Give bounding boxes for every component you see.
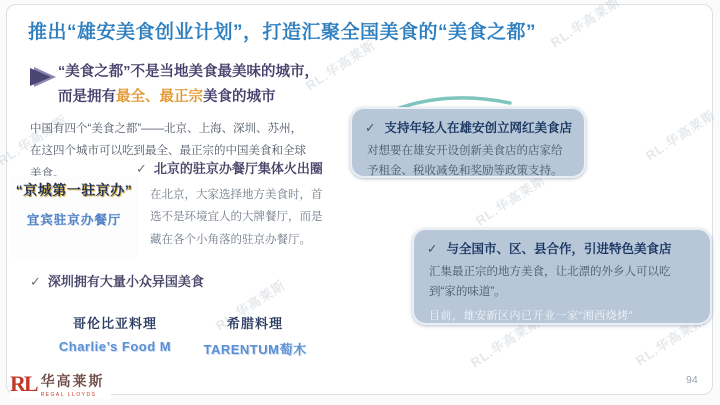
callout-heading: ✓支持年轻人在雄安创立网红美食店 <box>365 118 571 136</box>
check-icon: ✓ <box>365 121 375 135</box>
slide-title: 推出“雄安美食创业计划”，打造汇聚全国美食的“美食之都” <box>28 17 698 44</box>
restaurant-label: Charlie’s Food M <box>40 339 190 354</box>
check-icon: ✓ <box>136 161 147 176</box>
cuisine-label: 希腊料理 <box>190 313 320 332</box>
subtitle-block: “美食之都”不是当地美食最美味的城市， 而是拥有最全、最正宗美食的城市 <box>30 60 390 109</box>
beijing-restaurant-image: “京城第一驻京办” 宜宾驻京办餐厅 <box>10 176 138 258</box>
beijing-image-title: “京城第一驻京办” <box>10 176 138 200</box>
check-icon: ✓ <box>427 242 437 256</box>
cuisine-caption-colombia: 哥伦比亚料理 Charlie’s Food M <box>40 313 190 354</box>
check-icon: ✓ <box>30 274 41 289</box>
logo-english-name: REGAL LLOYDS <box>41 392 105 398</box>
subtitle-line2-pre: 而是拥有 <box>58 89 116 105</box>
restaurant-label: TARENTUM萄木 <box>190 339 320 358</box>
beijing-heading-text: 北京的驻京办餐厅集体火出圈 <box>154 161 323 176</box>
callout-body: 对想要在雄安开设创新美食店的店家给予租金、税收减免和奖励等政策支持。 <box>367 141 571 181</box>
subtitle-highlight: 最全、最正宗 <box>116 89 203 105</box>
logo-chinese-name: 华高莱斯 <box>41 371 105 391</box>
callout-body: 汇集最正宗的地方美食，让北漂的外乡人可以吃到“家的味道”。 <box>429 262 697 302</box>
subtitle-line1: “美食之都”不是当地美食最美味的城市， <box>58 64 319 80</box>
subtitle-text: “美食之都”不是当地美食最美味的城市， 而是拥有最全、最正宗美食的城市 <box>58 60 390 109</box>
cuisine-caption-greece: 希腊料理 TARENTUM萄木 <box>190 313 320 358</box>
arrow-icon <box>30 66 60 88</box>
subtitle-line2-post: 美食的城市 <box>203 89 276 105</box>
beijing-body: 在北京，大家选择地方美食时，首选不是环境宜人的大牌餐厅，而是藏在各个小角落的驻京… <box>150 184 332 251</box>
callout-heading-text: 与全国市、区、县合作，引进特色美食店 <box>446 242 671 256</box>
cuisine-label: 哥伦比亚料理 <box>40 313 190 332</box>
callout-support-young: ✓支持年轻人在雄安创立网红美食店 对想要在雄安开设创新美食店的店家给予租金、税收… <box>350 107 586 178</box>
beijing-heading: ✓北京的驻京办餐厅集体火出圈 <box>136 158 323 177</box>
company-logo: RL 华高莱斯 REGAL LLOYDS <box>10 371 111 399</box>
shenzhen-heading: ✓深圳拥有大量小众异国美食 <box>30 271 204 290</box>
logo-mark: RL <box>10 373 37 395</box>
callout-heading-text: 支持年轻人在雄安创立网红美食店 <box>384 121 572 135</box>
callout-cooperate-cities: ✓与全国市、区、县合作，引进特色美食店 汇集最正宗的地方美食，让北漂的外乡人可以… <box>412 228 712 325</box>
callout-heading: ✓与全国市、区、县合作，引进特色美食店 <box>427 239 697 257</box>
callout-note: 目前，雄安新区内已开业一家“湘西烧烤” <box>429 308 697 325</box>
page-number: 94 <box>686 374 698 386</box>
beijing-image-caption: 宜宾驻京办餐厅 <box>10 210 138 228</box>
slide: RL.华高莱斯 RL.华高莱斯 RL.华高莱斯 RL.华高莱斯 RL.华高莱斯 … <box>0 0 720 405</box>
shenzhen-heading-text: 深圳拥有大量小众异国美食 <box>48 274 204 289</box>
logo-text: 华高莱斯 REGAL LLOYDS <box>41 371 105 398</box>
